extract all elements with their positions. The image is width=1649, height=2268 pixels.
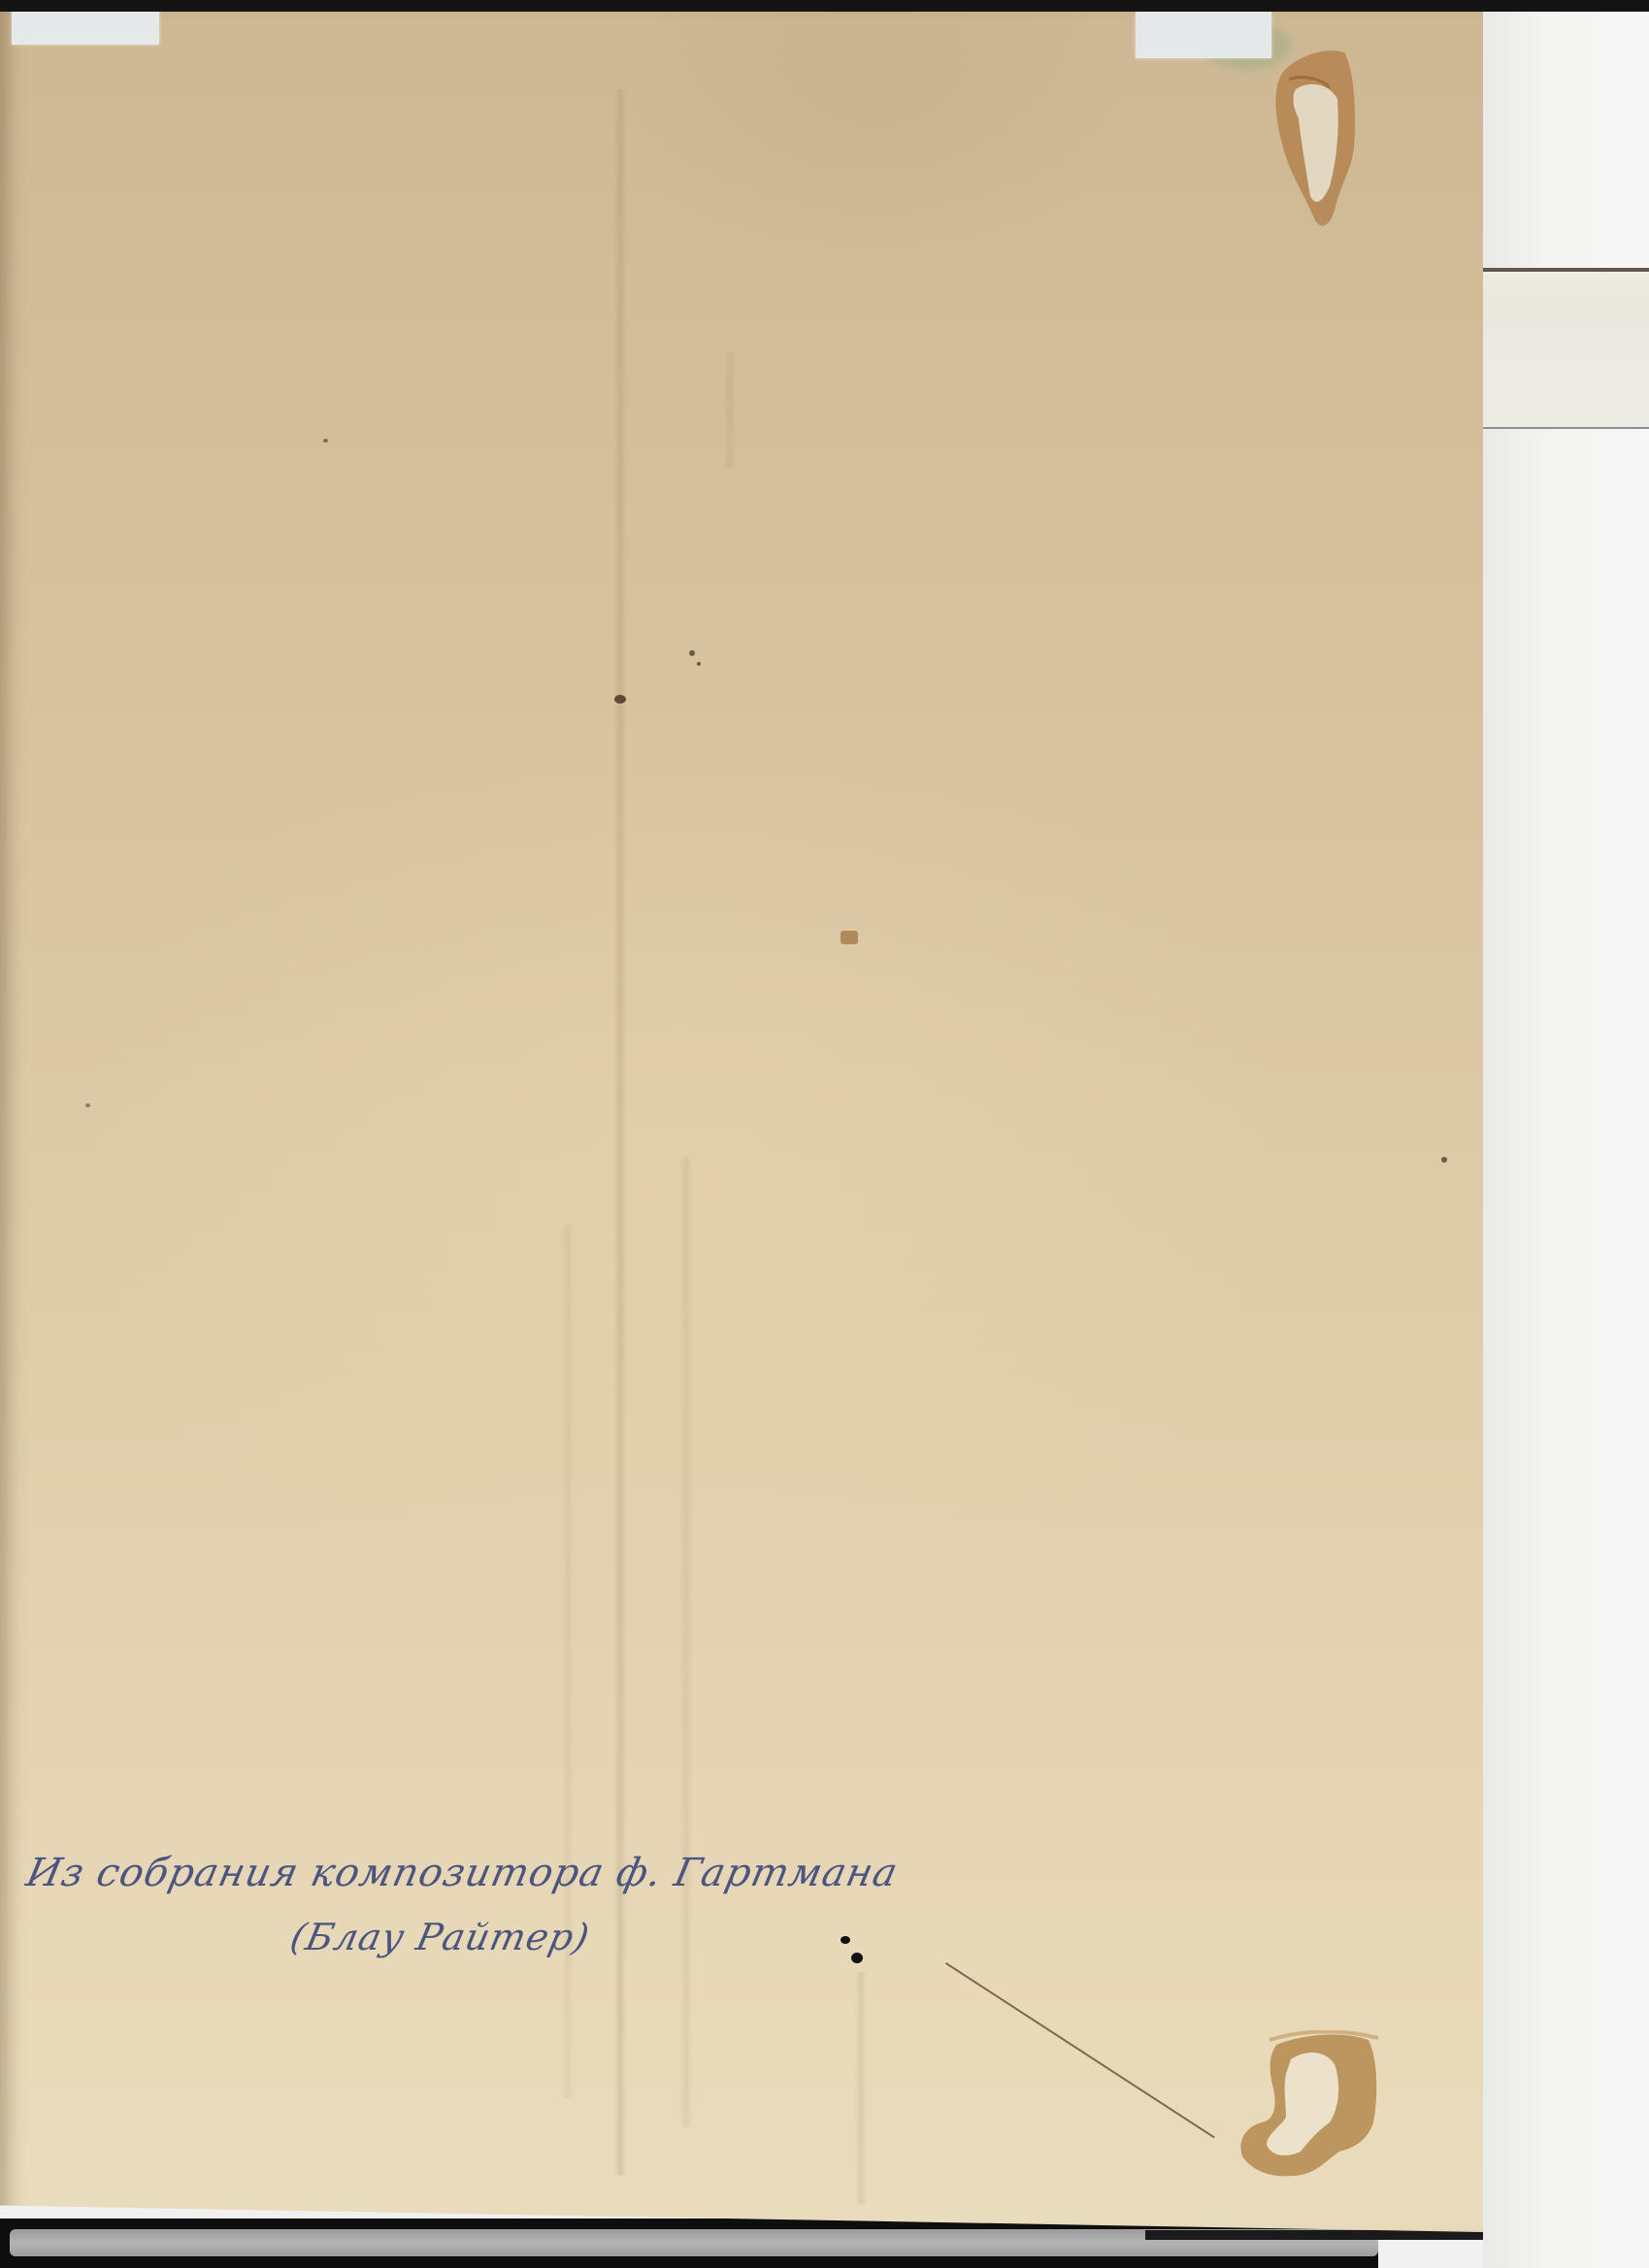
speck [697,662,701,666]
paper-sheet: Из собрания композитора ф. Гартмана (Бла… [0,12,1483,2232]
stain-bottom-right [1233,2030,1407,2195]
brown-fleck [841,931,858,944]
speck [85,1103,90,1107]
speck [1441,1157,1447,1163]
inscription-line-2: (Блау Райтер) [286,1916,593,1958]
dark-speck [614,695,626,704]
speck [689,650,695,656]
drip-stain [854,1972,868,2205]
paper-bottom-shadow [1145,2230,1483,2240]
speck [323,439,328,443]
stain-top-right [1262,41,1369,235]
ink-dot [841,1936,850,1944]
crack-line [945,1962,1215,2138]
background-board-strip [1483,272,1649,427]
tape-patch-top-left [12,12,159,45]
scanner-top-edge [0,0,1649,12]
drip-stain [679,1157,693,2127]
background-edge-line [1483,268,1649,272]
background-edge-line-gray [1483,427,1649,429]
ink-dot [851,1953,863,1963]
drip-stain [723,351,737,468]
inscription-line-1: Из собрания композитора ф. Гартмана [22,1851,902,1895]
drip-stain [561,1225,575,2098]
tape-patch-top-right [1136,12,1271,58]
